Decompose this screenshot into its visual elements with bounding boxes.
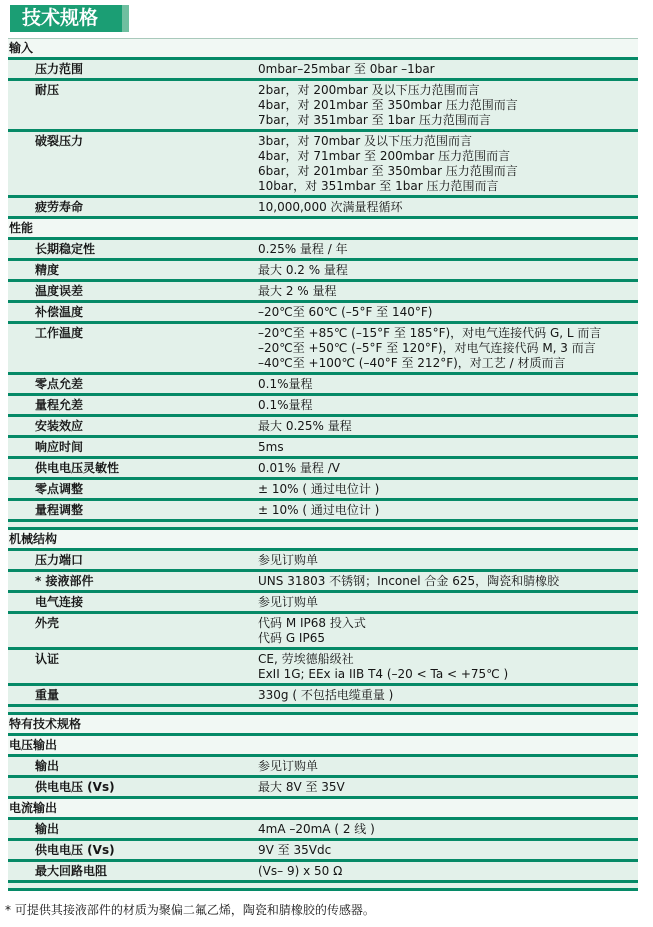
spec-row-value: 0.01% 量程 /V xyxy=(258,461,638,476)
spec-row: 供电电压灵敏性0.01% 量程 /V xyxy=(8,459,638,480)
spec-row-value: 参见订购单 xyxy=(258,759,638,774)
spec-row-value: (Vs– 9) x 50 Ω xyxy=(258,864,638,879)
footnote: * 可提供其接液部件的材质为聚偏二氟乙烯，陶瓷和腈橡胶的传感器。 xyxy=(5,903,638,918)
spec-row-label: 精度 xyxy=(8,263,258,278)
spec-row: 安装效应最大 0.25% 量程 xyxy=(8,417,638,438)
spec-value-line: 330g ( 不包括电缆重量 ) xyxy=(258,688,634,703)
spec-row-label: 破裂压力 xyxy=(8,134,258,194)
section-gap-strip xyxy=(8,883,638,891)
spec-value-line: –20℃至 +85℃ (–15°F 至 185°F)，对电气连接代码 G, L … xyxy=(258,326,634,341)
spec-row-value: 0.1%量程 xyxy=(258,377,638,392)
spec-row-value: 0.1%量程 xyxy=(258,398,638,413)
spec-row-value: 代码 M IP68 投入式代码 G IP65 xyxy=(258,616,638,646)
spec-value-line: 代码 G IP65 xyxy=(258,631,634,646)
spec-row-label: 重量 xyxy=(8,688,258,703)
section-header: 特有技术规格 xyxy=(8,715,638,736)
spec-value-line: –20℃至 60℃ (–5°F 至 140°F) xyxy=(258,305,634,320)
spec-row-value: 2bar，对 200mbar 及以下压力范围而言4bar，对 201mbar 至… xyxy=(258,83,638,128)
page-title: 技术规格 xyxy=(10,5,129,32)
spec-value-line: –20℃至 +50℃ (–5°F 至 120°F)，对电气连接代码 M, 3 而… xyxy=(258,341,634,356)
spec-row-label: 零点调整 xyxy=(8,482,258,497)
spec-row-value: 参见订购单 xyxy=(258,553,638,568)
spec-value-line: CE, 劳埃德船级社 xyxy=(258,652,634,667)
spec-value-line: 7bar，对 351mbar 至 1bar 压力范围而言 xyxy=(258,113,634,128)
spec-row: 认证CE, 劳埃德船级社ExII 1G; EEx ia IIB T4 (–20 … xyxy=(8,650,638,686)
spec-row: 耐压2bar，对 200mbar 及以下压力范围而言4bar，对 201mbar… xyxy=(8,81,638,132)
spec-value-line: 代码 M IP68 投入式 xyxy=(258,616,634,631)
spec-value-line: 10bar，对 351mbar 至 1bar 压力范围而言 xyxy=(258,179,634,194)
spec-row-value: 3bar，对 70mbar 及以下压力范围而言4bar，对 71mbar 至 2… xyxy=(258,134,638,194)
spec-row: 零点允差0.1%量程 xyxy=(8,375,638,396)
spec-value-line: 0.1%量程 xyxy=(258,398,634,413)
spec-row-label: 长期稳定性 xyxy=(8,242,258,257)
spec-row: 温度误差最大 2 % 量程 xyxy=(8,282,638,303)
spec-row: 量程调整± 10% ( 通过电位计 ) xyxy=(8,501,638,522)
spec-value-line: 10,000,000 次满量程循环 xyxy=(258,200,634,215)
spec-row-label: 响应时间 xyxy=(8,440,258,455)
section-header: 电流输出 xyxy=(8,799,638,820)
spec-row: * 接液部件UNS 31803 不锈钢；Inconel 合金 625，陶瓷和腈橡… xyxy=(8,572,638,593)
spec-row: 供电电压 (Vs)最大 8V 至 35V xyxy=(8,778,638,799)
spec-row: 输出参见订购单 xyxy=(8,757,638,778)
section-header: 电压输出 xyxy=(8,736,638,757)
spec-row-label: 耐压 xyxy=(8,83,258,128)
spec-value-line: ± 10% ( 通过电位计 ) xyxy=(258,482,634,497)
spec-row-label: 供电电压 (Vs) xyxy=(8,843,258,858)
spec-row-value: 330g ( 不包括电缆重量 ) xyxy=(258,688,638,703)
spec-value-line: 3bar，对 70mbar 及以下压力范围而言 xyxy=(258,134,634,149)
spec-row: 疲劳寿命10,000,000 次满量程循环 xyxy=(8,198,638,219)
spec-value-line: –40℃至 +100℃ (–40°F 至 212°F)，对工艺 / 材质而言 xyxy=(258,356,634,371)
spec-row-label: 输出 xyxy=(8,759,258,774)
spec-row-label: 供电电压灵敏性 xyxy=(8,461,258,476)
spec-row-label: 输出 xyxy=(8,822,258,837)
spec-row: 压力端口参见订购单 xyxy=(8,551,638,572)
spec-row-label: 量程调整 xyxy=(8,503,258,518)
spec-row-label: 温度误差 xyxy=(8,284,258,299)
spec-row: 电气连接参见订购单 xyxy=(8,593,638,614)
spec-row-value: –20℃至 +85℃ (–15°F 至 185°F)，对电气连接代码 G, L … xyxy=(258,326,638,371)
spec-row: 响应时间5ms xyxy=(8,438,638,459)
spec-row-value: 最大 0.2 % 量程 xyxy=(258,263,638,278)
spec-value-line: 最大 2 % 量程 xyxy=(258,284,634,299)
spec-row-value: 9V 至 35Vdc xyxy=(258,843,638,858)
spec-value-line: 参见订购单 xyxy=(258,595,634,610)
spec-value-line: 最大 0.2 % 量程 xyxy=(258,263,634,278)
spec-value-line: 9V 至 35Vdc xyxy=(258,843,634,858)
spec-value-line: 0.01% 量程 /V xyxy=(258,461,634,476)
spec-row: 压力范围0mbar–25mbar 至 0bar –1bar xyxy=(8,60,638,81)
spec-value-line: 最大 8V 至 35V xyxy=(258,780,634,795)
section-header: 机械结构 xyxy=(8,530,638,551)
spec-row: 外壳代码 M IP68 投入式代码 G IP65 xyxy=(8,614,638,650)
spec-value-line: 0.25% 量程 / 年 xyxy=(258,242,634,257)
spec-row: 量程允差0.1%量程 xyxy=(8,396,638,417)
spec-row-label: 最大回路电阻 xyxy=(8,864,258,879)
spec-row: 长期稳定性0.25% 量程 / 年 xyxy=(8,240,638,261)
spec-row-label: 补偿温度 xyxy=(8,305,258,320)
spec-value-line: 0.1%量程 xyxy=(258,377,634,392)
spec-value-line: 参见订购单 xyxy=(258,553,634,568)
spec-row-label: 电气连接 xyxy=(8,595,258,610)
section-header: 性能 xyxy=(8,219,638,240)
spec-row-label: * 接液部件 xyxy=(8,574,258,589)
spec-row-value: ± 10% ( 通过电位计 ) xyxy=(258,503,638,518)
spec-value-line: 4bar，对 71mbar 至 200mbar 压力范围而言 xyxy=(258,149,634,164)
spec-table: 输入压力范围0mbar–25mbar 至 0bar –1bar耐压2bar，对 … xyxy=(8,38,638,891)
spec-row-label: 量程允差 xyxy=(8,398,258,413)
spec-row: 补偿温度–20℃至 60℃ (–5°F 至 140°F) xyxy=(8,303,638,324)
spec-value-line: ExII 1G; EEx ia IIB T4 (–20 < Ta < +75℃ … xyxy=(258,667,634,682)
spec-row-value: 4mA –20mA ( 2 线 ) xyxy=(258,822,638,837)
spec-row-value: –20℃至 60℃ (–5°F 至 140°F) xyxy=(258,305,638,320)
spec-row-value: ± 10% ( 通过电位计 ) xyxy=(258,482,638,497)
spec-value-line: 最大 0.25% 量程 xyxy=(258,419,634,434)
spec-row: 工作温度–20℃至 +85℃ (–15°F 至 185°F)，对电气连接代码 G… xyxy=(8,324,638,375)
spec-row-label: 工作温度 xyxy=(8,326,258,371)
spec-row-value: CE, 劳埃德船级社ExII 1G; EEx ia IIB T4 (–20 < … xyxy=(258,652,638,682)
spec-value-line: 4bar，对 201mbar 至 350mbar 压力范围而言 xyxy=(258,98,634,113)
spec-row-value: 5ms xyxy=(258,440,638,455)
spec-row-value: 参见订购单 xyxy=(258,595,638,610)
spec-row-label: 疲劳寿命 xyxy=(8,200,258,215)
spec-row-value: 最大 0.25% 量程 xyxy=(258,419,638,434)
spec-value-line: UNS 31803 不锈钢；Inconel 合金 625，陶瓷和腈橡胶 xyxy=(258,574,634,589)
spec-value-line: ± 10% ( 通过电位计 ) xyxy=(258,503,634,518)
spec-value-line: 参见订购单 xyxy=(258,759,634,774)
spec-value-line: 0mbar–25mbar 至 0bar –1bar xyxy=(258,62,634,77)
spec-row: 供电电压 (Vs)9V 至 35Vdc xyxy=(8,841,638,862)
section-header: 输入 xyxy=(8,39,638,60)
spec-row: 最大回路电阻(Vs– 9) x 50 Ω xyxy=(8,862,638,883)
spec-row-value: 最大 8V 至 35V xyxy=(258,780,638,795)
spec-row-value: 0.25% 量程 / 年 xyxy=(258,242,638,257)
spec-row-label: 压力范围 xyxy=(8,62,258,77)
spec-value-line: (Vs– 9) x 50 Ω xyxy=(258,864,634,879)
spec-row-label: 认证 xyxy=(8,652,258,682)
spec-row-label: 供电电压 (Vs) xyxy=(8,780,258,795)
spec-row-label: 零点允差 xyxy=(8,377,258,392)
section-gap-strip xyxy=(8,707,638,715)
spec-row-value: UNS 31803 不锈钢；Inconel 合金 625，陶瓷和腈橡胶 xyxy=(258,574,638,589)
spec-row: 重量330g ( 不包括电缆重量 ) xyxy=(8,686,638,707)
spec-row-label: 压力端口 xyxy=(8,553,258,568)
spec-row-label: 外壳 xyxy=(8,616,258,646)
spec-row-value: 10,000,000 次满量程循环 xyxy=(258,200,638,215)
section-gap-strip xyxy=(8,522,638,530)
spec-value-line: 6bar，对 201mbar 至 350mbar 压力范围而言 xyxy=(258,164,634,179)
spec-row: 零点调整± 10% ( 通过电位计 ) xyxy=(8,480,638,501)
spec-row: 破裂压力3bar，对 70mbar 及以下压力范围而言4bar，对 71mbar… xyxy=(8,132,638,198)
spec-value-line: 5ms xyxy=(258,440,634,455)
spec-row-value: 0mbar–25mbar 至 0bar –1bar xyxy=(258,62,638,77)
spec-row: 精度最大 0.2 % 量程 xyxy=(8,261,638,282)
spec-row-value: 最大 2 % 量程 xyxy=(258,284,638,299)
spec-row-label: 安装效应 xyxy=(8,419,258,434)
spec-row: 输出4mA –20mA ( 2 线 ) xyxy=(8,820,638,841)
spec-value-line: 4mA –20mA ( 2 线 ) xyxy=(258,822,634,837)
spec-value-line: 2bar，对 200mbar 及以下压力范围而言 xyxy=(258,83,634,98)
